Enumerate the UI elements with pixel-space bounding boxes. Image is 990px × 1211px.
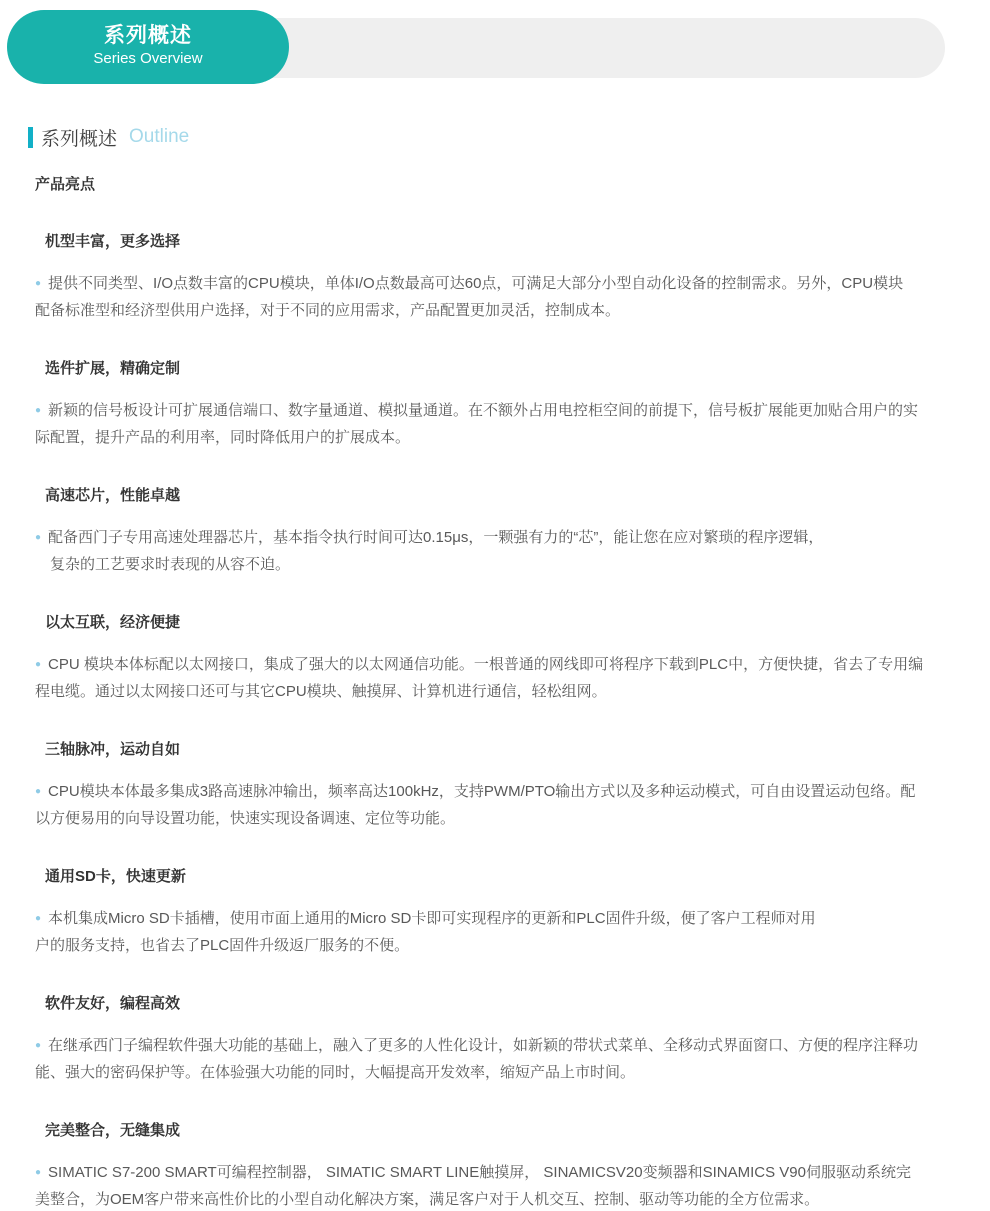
bullet-icon: ●: [35, 405, 41, 416]
section-title-en: Outline: [129, 126, 189, 148]
bullet-icon: ●: [35, 278, 41, 289]
feature-paragraph: ●提供不同类型、I/O点数丰富的CPU模块，单体I/O点数最高可达60点，可满足…: [35, 270, 985, 324]
feature-text: 新颖的信号板设计可扩展通信端口、数字量通道、模拟量通道。在不额外占用电控柜空间的…: [35, 402, 918, 446]
bullet-icon: ●: [35, 532, 41, 543]
feature-block: 以太互联，经济便捷 ●CPU 模块本体标配以太网接口，集成了强大的以太网通信功能…: [35, 614, 955, 705]
feature-text: 本机集成Micro SD卡插槽，使用市面上通用的Micro SD卡即可实现程序的…: [35, 910, 816, 954]
feature-text: CPU 模块本体标配以太网接口，集成了强大的以太网通信功能。一根普通的网线即可将…: [35, 656, 923, 700]
feature-paragraph: ●SIMATIC S7-200 SMART可编程控制器， SIMATIC SMA…: [35, 1159, 985, 1211]
top-banner: 系列概述 Series Overview: [0, 0, 990, 84]
feature-text: 提供不同类型、I/O点数丰富的CPU模块，单体I/O点数最高可达60点，可满足大…: [35, 275, 903, 319]
feature-paragraph: ●本机集成Micro SD卡插槽，使用市面上通用的Micro SD卡即可实现程序…: [35, 905, 985, 959]
feature-paragraph: ●CPU 模块本体标配以太网接口，集成了强大的以太网通信功能。一根普通的网线即可…: [35, 651, 985, 705]
feature-title: 高速芯片，性能卓越: [45, 487, 955, 505]
tab-title-cn: 系列概述: [7, 23, 289, 49]
section-header: 系列概述 Outline: [28, 125, 990, 149]
section-accent-bar: [28, 127, 33, 148]
tab-title-en: Series Overview: [7, 49, 289, 68]
feature-title: 以太互联，经济便捷: [45, 614, 955, 632]
tab-series-overview[interactable]: 系列概述 Series Overview: [7, 10, 289, 84]
feature-block: 三轴脉冲，运动自如 ●CPU模块本体最多集成3路高速脉冲输出，频率高达100kH…: [35, 741, 955, 832]
bullet-icon: ●: [35, 913, 41, 924]
feature-text: 在继承西门子编程软件强大功能的基础上，融入了更多的人性化设计，如新颖的带状式菜单…: [35, 1037, 918, 1081]
feature-paragraph: ●配备西门子专用高速处理器芯片，基本指令执行时间可达0.15μs，一颗强有力的“…: [35, 524, 985, 578]
feature-text: SIMATIC S7-200 SMART可编程控制器， SIMATIC SMAR…: [35, 1164, 911, 1208]
feature-block: 通用SD卡，快速更新 ●本机集成Micro SD卡插槽，使用市面上通用的Micr…: [35, 868, 955, 959]
feature-title: 选件扩展，精确定制: [45, 360, 955, 378]
feature-title: 软件友好，编程高效: [45, 995, 955, 1013]
feature-paragraph: ●新颖的信号板设计可扩展通信端口、数字量通道、模拟量通道。在不额外占用电控柜空间…: [35, 397, 985, 451]
bullet-icon: ●: [35, 1040, 41, 1051]
highlights-title: 产品亮点: [35, 176, 990, 194]
feature-block: 机型丰富，更多选择 ●提供不同类型、I/O点数丰富的CPU模块，单体I/O点数最…: [35, 233, 955, 324]
feature-title: 通用SD卡，快速更新: [45, 868, 955, 886]
bullet-icon: ●: [35, 1167, 41, 1178]
feature-list: 机型丰富，更多选择 ●提供不同类型、I/O点数丰富的CPU模块，单体I/O点数最…: [35, 233, 955, 1211]
feature-text: CPU模块本体最多集成3路高速脉冲输出，频率高达100kHz，支持PWM/PTO…: [35, 783, 915, 827]
feature-block: 软件友好，编程高效 ●在继承西门子编程软件强大功能的基础上，融入了更多的人性化设…: [35, 995, 955, 1086]
feature-title: 三轴脉冲，运动自如: [45, 741, 955, 759]
feature-title: 机型丰富，更多选择: [45, 233, 955, 251]
section-title-cn: 系列概述: [41, 124, 117, 151]
feature-block: 选件扩展，精确定制 ●新颖的信号板设计可扩展通信端口、数字量通道、模拟量通道。在…: [35, 360, 955, 451]
bullet-icon: ●: [35, 786, 41, 797]
feature-block: 完美整合，无缝集成 ●SIMATIC S7-200 SMART可编程控制器， S…: [35, 1122, 955, 1211]
feature-paragraph: ●CPU模块本体最多集成3路高速脉冲输出，频率高达100kHz，支持PWM/PT…: [35, 778, 985, 832]
feature-block: 高速芯片，性能卓越 ●配备西门子专用高速处理器芯片，基本指令执行时间可达0.15…: [35, 487, 955, 578]
feature-title: 完美整合，无缝集成: [45, 1122, 955, 1140]
feature-paragraph: ●在继承西门子编程软件强大功能的基础上，融入了更多的人性化设计，如新颖的带状式菜…: [35, 1032, 985, 1086]
feature-text: 配备西门子专用高速处理器芯片，基本指令执行时间可达0.15μs，一颗强有力的“芯…: [35, 529, 823, 573]
bullet-icon: ●: [35, 659, 41, 670]
